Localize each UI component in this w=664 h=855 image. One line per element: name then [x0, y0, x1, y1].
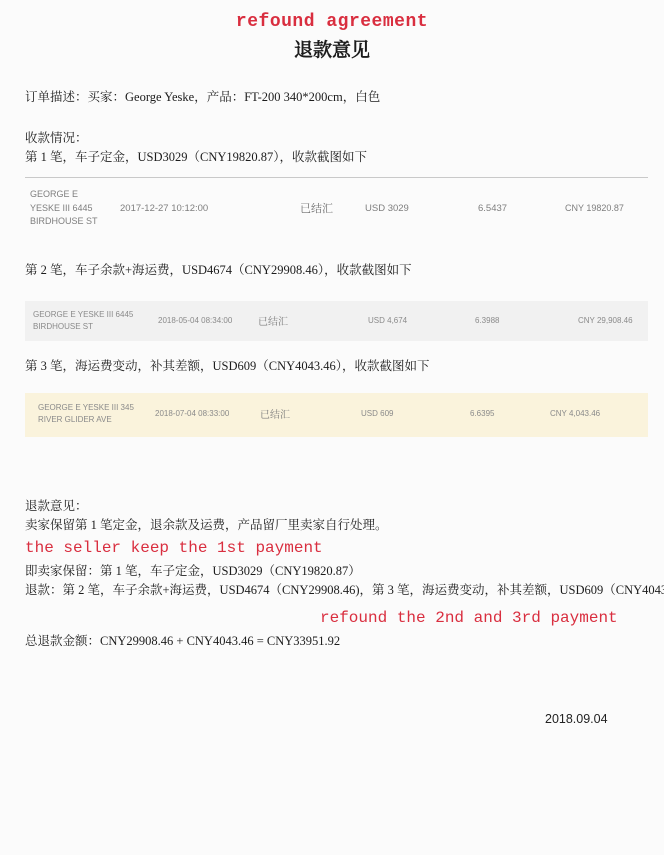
cny-amount: CNY 19820.87: [565, 203, 624, 213]
order-description-line: 订单描述：买家：George Yeske，产品：FT-200 340*200cm…: [25, 88, 648, 107]
settlement-status: 已结汇: [260, 406, 361, 421]
total-refund-line: 总退款金额：CNY29908.46 + CNY4043.46 = CNY3395…: [25, 632, 648, 651]
payment3-description-line: 第 3 笔，海运费变动，补其差额，USD609（CNY4043.46），收款截图…: [25, 357, 648, 376]
exchange-rate: 6.3988: [475, 316, 578, 325]
payer-name: GEORGE E YESKE III 6445 BIRDHOUSE ST: [30, 188, 120, 229]
transaction-date: 2018-07-04 08:33:00: [155, 409, 260, 418]
payment2-description-line: 第 2 笔，车子余款+海运费，USD4674（CNY29908.46），收款截图…: [25, 261, 648, 280]
document-title-english: refound agreement: [0, 0, 664, 32]
refund-section-header: 退款意见：: [25, 497, 648, 516]
usd-amount: USD 4,674: [368, 316, 475, 325]
document-title-chinese: 退款意见: [0, 35, 664, 62]
refund-line-1: 卖家保留第 1 笔定金，退余款及运费，产品留厂里卖家自行处理。: [25, 516, 648, 535]
transaction-date: 2017-12-27 10:12:00: [120, 203, 300, 214]
payer-name: GEORGE E YESKE III 6445 BIRDHOUSE ST: [33, 309, 158, 333]
settlement-status: 已结汇: [300, 200, 365, 216]
cny-amount: CNY 4,043.46: [550, 409, 600, 418]
receipt-row-3: GEORGE E YESKE III 345 RIVER GLIDER AVE …: [25, 393, 648, 437]
usd-amount: USD 3029: [365, 203, 478, 214]
red-annotation-refund-payments: refound the 2nd and 3rd payment: [320, 607, 648, 629]
cny-amount: CNY 29,908.46: [578, 316, 633, 325]
receipt-row-1: GEORGE E YESKE III 6445 BIRDHOUSE ST 201…: [25, 178, 648, 241]
transaction-date: 2018-05-04 08:34:00: [158, 316, 258, 325]
refund-line-2: 即卖家保留：第 1 笔，车子定金，USD3029（CNY19820.87）: [25, 562, 648, 581]
settlement-status: 已结汇: [258, 313, 368, 328]
payer-name: GEORGE E YESKE III 345 RIVER GLIDER AVE: [38, 402, 155, 426]
refund-agreement-document: refound agreement 退款意见 订单描述：买家：George Ye…: [0, 0, 664, 855]
exchange-rate: 6.5437: [478, 203, 565, 214]
exchange-rate: 6.6395: [470, 409, 550, 418]
document-date: 2018.09.04: [545, 712, 608, 726]
usd-amount: USD 609: [361, 409, 470, 418]
red-annotation-keep-payment: the seller keep the 1st payment: [25, 537, 648, 559]
payments-section-header: 收款情况：: [25, 129, 648, 148]
payment1-description-line: 第 1 笔，车子定金，USD3029（CNY19820.87），收款截图如下: [25, 148, 648, 167]
refund-line-3: 退款：第 2 笔，车子余款+海运费，USD4674（CNY29908.46)，第…: [25, 581, 648, 600]
receipt-row-2: GEORGE E YESKE III 6445 BIRDHOUSE ST 201…: [25, 301, 648, 341]
